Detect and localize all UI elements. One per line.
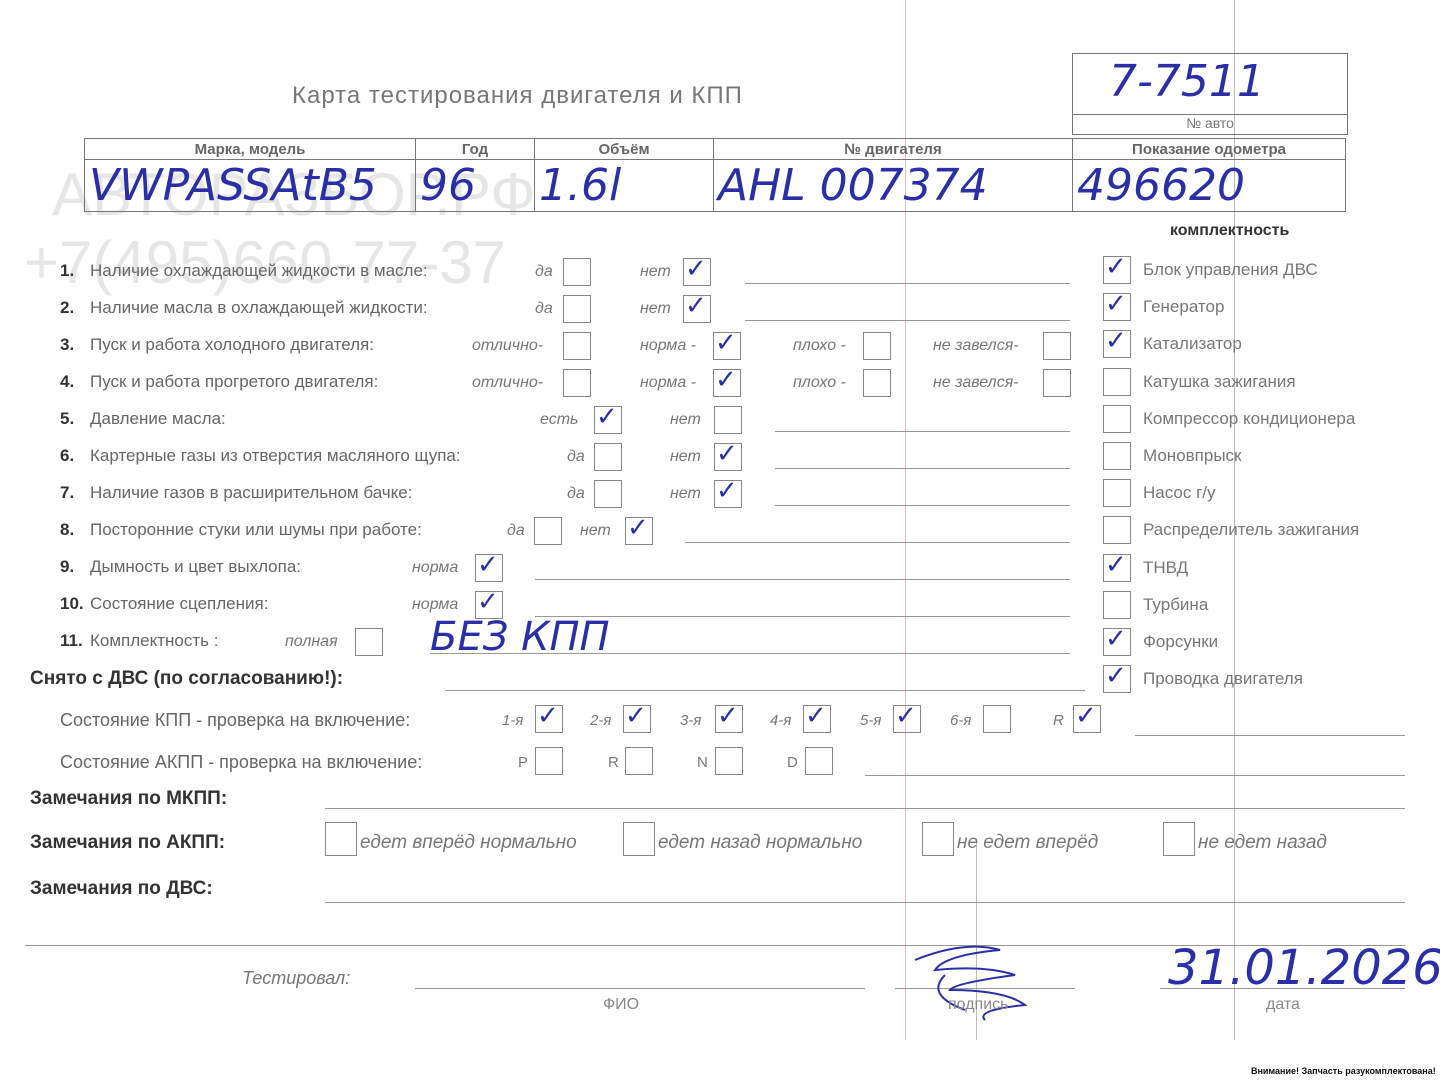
- option-label: да: [535, 300, 553, 318]
- gear-label: 6-я: [950, 712, 971, 729]
- checkbox[interactable]: [1103, 479, 1131, 507]
- check-row: 7.Наличие газов в расширительном бачке:: [60, 483, 412, 503]
- check-row: 3.Пуск и работа холодного двигателя:: [60, 335, 374, 355]
- row-number: 7.: [60, 483, 90, 503]
- option-label: нет: [670, 485, 701, 503]
- checkbox[interactable]: [563, 369, 591, 397]
- checkbox[interactable]: [534, 517, 562, 545]
- check-row: 9.Дымность и цвет выхлопа:: [60, 557, 301, 577]
- signature-icon: [905, 935, 1105, 1030]
- date-line[interactable]: [1160, 988, 1405, 989]
- option-label: да: [567, 485, 585, 503]
- check-mark-icon: ✓: [1105, 663, 1127, 689]
- col-volume-label: Объём: [535, 139, 714, 160]
- row-label: Посторонние стуки или шумы при работе:: [90, 520, 422, 539]
- checkbox[interactable]: [535, 747, 563, 775]
- komplektnost-item: ТНВД: [1143, 558, 1188, 578]
- option-label: есть: [540, 411, 578, 429]
- checkbox[interactable]: [714, 406, 742, 434]
- akpp-remark-option: не едет назад: [1198, 832, 1327, 854]
- komplektnost-title: комплектность: [1170, 222, 1289, 240]
- checkbox[interactable]: [1163, 822, 1195, 856]
- check-row: 4.Пуск и работа прогретого двигателя:: [60, 372, 378, 392]
- check-row: 10.Состояние сцепления:: [60, 594, 268, 614]
- row-label: Картерные газы из отверстия масляного щу…: [90, 446, 461, 465]
- auto-number-box: 7-7511 № авто: [1072, 53, 1348, 135]
- gear-label: N: [697, 754, 708, 771]
- fio-label: ФИО: [603, 996, 639, 1014]
- check-row: 1.Наличие охлаждающей жидкости в масле:: [60, 261, 428, 281]
- komplektnost-item: Распределитель зажигания: [1143, 520, 1359, 540]
- row-label: Наличие газов в расширительном бачке:: [90, 483, 412, 502]
- akpp-line: [865, 775, 1405, 776]
- volume-value: 1.6l: [535, 160, 714, 212]
- engine-number-value: AHL 007374: [714, 160, 1073, 212]
- row-label: Пуск и работа холодного двигателя:: [90, 335, 374, 354]
- option-label: плохо -: [793, 337, 846, 355]
- option-label: да: [507, 522, 525, 540]
- kpp-label: Состояние КПП - проверка на включение:: [60, 710, 410, 731]
- check-mark-icon: ✓: [716, 441, 738, 467]
- row-label: Наличие масла в охлаждающей жидкости:: [90, 298, 428, 317]
- akpp-remark-option: едет назад нормально: [658, 832, 862, 854]
- option-label: нет: [580, 522, 611, 540]
- remark-line[interactable]: [535, 579, 1070, 580]
- completeness-note: БЕЗ КПП: [430, 614, 610, 660]
- checkbox[interactable]: [863, 369, 891, 397]
- checkbox[interactable]: [863, 332, 891, 360]
- option-label: да: [567, 448, 585, 466]
- komplektnost-item: Турбина: [1143, 595, 1208, 615]
- auto-number-value: 7-7511: [1109, 56, 1265, 107]
- tested-by-label: Тестировал:: [242, 968, 350, 989]
- remark-line[interactable]: [745, 320, 1070, 321]
- row-label: Наличие охлаждающей жидкости в масле:: [90, 261, 428, 280]
- check-row: 11.Комплектность :: [60, 631, 218, 651]
- check-row: 2.Наличие масла в охлаждающей жидкости:: [60, 298, 428, 318]
- check-mark-icon: ✓: [477, 552, 499, 578]
- remarks-dvs-line[interactable]: [325, 902, 1405, 903]
- remark-line[interactable]: [775, 468, 1070, 469]
- row-number: 6.: [60, 446, 90, 466]
- col-engine-label: № двигателя: [714, 139, 1073, 160]
- option-label: норма -: [640, 337, 696, 355]
- row-number: 10.: [60, 594, 90, 614]
- remarks-akpp-label: Замечания по АКПП:: [30, 832, 225, 854]
- warning-text: Внимание! Запчасть разукомплектована!: [1251, 1066, 1436, 1076]
- gear-label: R: [1053, 712, 1064, 729]
- row-number: 1.: [60, 261, 90, 281]
- row-label: Давление масла:: [90, 409, 226, 428]
- row-label: Состояние сцепления:: [90, 594, 268, 613]
- odometer-value: 496620: [1073, 160, 1346, 212]
- check-mark-icon: ✓: [625, 703, 647, 729]
- checkbox[interactable]: [983, 705, 1011, 733]
- option-label: не завелся-: [933, 337, 1019, 355]
- check-row: 6.Картерные газы из отверстия масляного …: [60, 446, 461, 466]
- col-odometer-label: Показание одометра: [1073, 139, 1346, 160]
- checkbox[interactable]: [625, 747, 653, 775]
- check-mark-icon: ✓: [537, 703, 559, 729]
- checkbox[interactable]: [805, 747, 833, 775]
- fio-line[interactable]: [415, 988, 865, 989]
- option-label: нет: [640, 263, 671, 281]
- col-model-label: Марка, модель: [85, 139, 416, 160]
- check-row: 5.Давление масла:: [60, 409, 226, 429]
- check-mark-icon: ✓: [895, 703, 917, 729]
- option-label: отлично-: [472, 374, 543, 392]
- gear-label: P: [518, 754, 528, 771]
- row-number: 3.: [60, 335, 90, 355]
- check-mark-icon: ✓: [1105, 291, 1127, 317]
- check-mark-icon: ✓: [715, 367, 737, 393]
- check-row: 8.Посторонние стуки или шумы при работе:: [60, 520, 422, 540]
- remarks-mkpp-label: Замечания по МКПП:: [30, 788, 227, 810]
- gear-label: 5-я: [860, 712, 881, 729]
- remark-line[interactable]: [775, 505, 1070, 506]
- option-label: нет: [670, 411, 701, 429]
- signature-label: подпись: [948, 996, 1008, 1014]
- check-mark-icon: ✓: [717, 703, 739, 729]
- komplektnost-item: Моновпрыск: [1143, 446, 1242, 466]
- row-label: Комплектность :: [90, 631, 218, 650]
- removed-line: [445, 690, 1085, 691]
- row-number: 2.: [60, 298, 90, 318]
- checkbox[interactable]: [1103, 405, 1131, 433]
- header-table: Марка, модель Год Объём № двигателя Пока…: [84, 138, 1346, 212]
- remark-line[interactable]: [535, 616, 1070, 617]
- komplektnost-item: Блок управления ДВС: [1143, 260, 1318, 280]
- check-mark-icon: ✓: [1105, 626, 1127, 652]
- gear-label: R: [608, 754, 619, 771]
- page-title: Карта тестирования двигателя и КПП: [292, 82, 743, 110]
- check-mark-icon: ✓: [1105, 552, 1127, 578]
- checkbox[interactable]: [623, 822, 655, 856]
- remarks-mkpp-line[interactable]: [325, 808, 1405, 809]
- komplektnost-item: Проводка двигателя: [1143, 669, 1303, 689]
- komplektnost-item: Катализатор: [1143, 334, 1242, 354]
- gear-label: 4-я: [770, 712, 791, 729]
- check-mark-icon: ✓: [685, 256, 707, 282]
- row-number: 5.: [60, 409, 90, 429]
- check-mark-icon: ✓: [716, 478, 738, 504]
- row-label: Дымность и цвет выхлопа:: [90, 557, 301, 576]
- checkbox[interactable]: [594, 443, 622, 471]
- check-mark-icon: ✓: [685, 293, 707, 319]
- row-number: 8.: [60, 520, 90, 540]
- remark-line[interactable]: [685, 542, 1070, 543]
- row-label: Пуск и работа прогретого двигателя:: [90, 372, 378, 391]
- komplektnost-item: Компрессор кондиционера: [1143, 409, 1355, 429]
- komplektnost-item: Форсунки: [1143, 632, 1218, 652]
- gear-label: 1-я: [502, 712, 523, 729]
- option-label: полная: [285, 633, 338, 651]
- checkbox[interactable]: [1103, 516, 1131, 544]
- option-label: не завелся-: [933, 374, 1019, 392]
- row-number: 9.: [60, 557, 90, 577]
- checkbox[interactable]: [1043, 369, 1071, 397]
- option-label: отлично-: [472, 337, 543, 355]
- akpp-remark-option: едет вперёд нормально: [360, 832, 577, 854]
- kpp-line: [1135, 735, 1405, 736]
- gear-label: 2-я: [590, 712, 611, 729]
- option-label: норма -: [640, 374, 696, 392]
- check-mark-icon: ✓: [1105, 328, 1127, 354]
- checkbox[interactable]: [1103, 442, 1131, 470]
- checkbox[interactable]: [355, 628, 383, 656]
- model-value: VWPASSAtB5: [85, 160, 416, 212]
- option-label: нет: [640, 300, 671, 318]
- akpp-remark-option: не едет вперёд: [957, 832, 1098, 854]
- check-mark-icon: ✓: [477, 589, 499, 615]
- option-label: норма: [412, 596, 458, 614]
- year-value: 96: [416, 160, 535, 212]
- check-mark-icon: ✓: [1105, 254, 1127, 280]
- komplektnost-item: Катушка зажигания: [1143, 372, 1296, 392]
- option-label: норма: [412, 559, 458, 577]
- gear-label: D: [787, 754, 798, 771]
- komplektnost-item: Генератор: [1143, 297, 1224, 317]
- checkbox[interactable]: [1043, 332, 1071, 360]
- check-mark-icon: ✓: [627, 515, 649, 541]
- checkbox[interactable]: [1103, 368, 1131, 396]
- remarks-dvs-label: Замечания по ДВС:: [30, 878, 213, 900]
- row-number: 11.: [60, 631, 90, 651]
- checkbox[interactable]: [563, 295, 591, 323]
- check-mark-icon: ✓: [1075, 703, 1097, 729]
- remark-line[interactable]: [745, 283, 1070, 284]
- check-mark-icon: ✓: [805, 703, 827, 729]
- date-label: дата: [1266, 996, 1300, 1014]
- auto-number-label: № авто: [1073, 114, 1347, 131]
- checkbox[interactable]: [1103, 591, 1131, 619]
- option-label: нет: [670, 448, 701, 466]
- checkbox[interactable]: [715, 747, 743, 775]
- gear-label: 3-я: [680, 712, 701, 729]
- akpp-label: Состояние АКПП - проверка на включение:: [60, 752, 422, 773]
- checkbox[interactable]: [922, 822, 954, 856]
- checkbox[interactable]: [594, 480, 622, 508]
- remark-line[interactable]: [775, 431, 1070, 432]
- row-number: 4.: [60, 372, 90, 392]
- removed-label: Снято с ДВС (по согласованию!):: [30, 668, 343, 690]
- checkbox[interactable]: [563, 258, 591, 286]
- col-year-label: Год: [416, 139, 535, 160]
- option-label: да: [535, 263, 553, 281]
- komplektnost-item: Насос г/у: [1143, 483, 1216, 503]
- checkbox[interactable]: [325, 822, 357, 856]
- check-mark-icon: ✓: [715, 330, 737, 356]
- check-mark-icon: ✓: [596, 404, 618, 430]
- checkbox[interactable]: [563, 332, 591, 360]
- option-label: плохо -: [793, 374, 846, 392]
